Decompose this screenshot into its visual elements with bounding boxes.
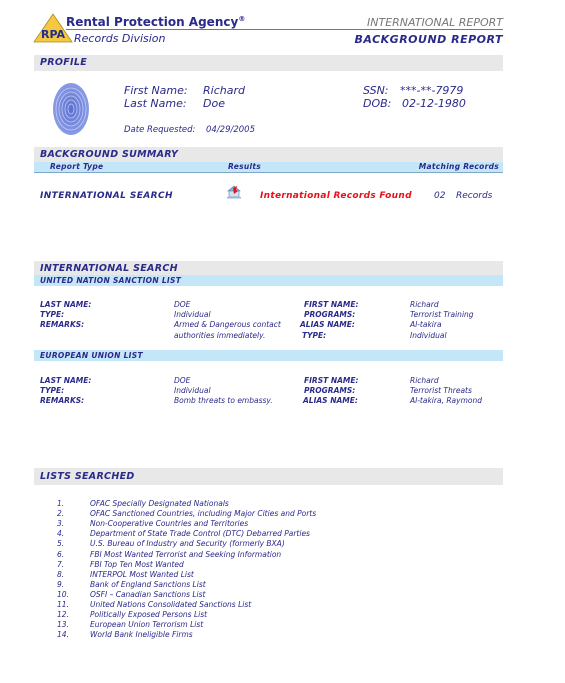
profile-section-header: PROFILE — [34, 55, 503, 71]
list-item: INTERPOL Most Wanted List — [90, 570, 194, 579]
dob-label: DOB: — [363, 97, 391, 110]
eu-list-header: EUROPEAN UNION LIST — [34, 350, 503, 361]
summary-column-header: Report Type Results Matching Records — [34, 162, 503, 173]
list-item-number: 13. — [57, 620, 69, 629]
profile-title: PROFILE — [40, 57, 87, 68]
date-requested-label: Date Requested: — [124, 125, 195, 135]
eu-alias-label: ALIAS NAME: — [303, 396, 358, 405]
col-report-type: Report Type — [50, 162, 103, 171]
list-item: United Nations Consolidated Sanctions Li… — [90, 600, 251, 609]
list-item-number: 9. — [57, 580, 64, 589]
un-first-name-value: Richard — [410, 300, 439, 309]
eu-type-label: TYPE: — [40, 386, 64, 395]
alert-house-icon — [226, 185, 242, 199]
division-name: Records Division — [74, 32, 166, 45]
summary-title: BACKGROUND SUMMARY — [40, 149, 178, 160]
list-item-number: 6. — [57, 550, 64, 559]
agency-name: Rental Protection Agency® — [66, 15, 245, 29]
date-requested-value: 04/29/2005 — [206, 125, 255, 135]
list-item-number: 8. — [57, 570, 64, 579]
un-programs-value: Terrorist Training — [410, 310, 474, 319]
international-title: INTERNATIONAL SEARCH — [40, 263, 178, 274]
summary-report-type[interactable]: INTERNATIONAL SEARCH — [40, 191, 173, 201]
list-item-number: 5. — [57, 539, 64, 548]
header-rule — [66, 29, 503, 30]
last-name-value: Doe — [203, 97, 225, 110]
list-item: Department of State Trade Control (DTC) … — [90, 529, 310, 538]
eu-remarks-value: Bomb threats to embassy. — [174, 396, 273, 405]
summary-count: 02 — [434, 191, 445, 201]
un-type-value: Individual — [174, 310, 211, 319]
list-item: Politically Exposed Persons List — [90, 610, 207, 619]
list-item: FBI Most Wanted Terrorist and Seeking In… — [90, 550, 281, 559]
un-programs-label: PROGRAMS: — [304, 310, 355, 319]
ssn-label: SSN: — [363, 84, 389, 97]
un-remarks-line1: Armed & Dangerous contact — [174, 320, 281, 329]
list-item-number: 3. — [57, 519, 64, 528]
eu-first-name-value: Richard — [410, 376, 439, 385]
list-item-number: 12. — [57, 610, 69, 619]
eu-type-value: Individual — [174, 386, 211, 395]
first-name-label: First Name: — [124, 84, 188, 97]
fingerprint-icon — [51, 82, 91, 137]
eu-list-title: EUROPEAN UNION LIST — [40, 351, 143, 360]
summary-section-header: BACKGROUND SUMMARY — [34, 147, 503, 162]
list-item: Bank of England Sanctions List — [90, 580, 206, 589]
list-item-number: 2. — [57, 509, 64, 518]
un-list-header: UNITED NATION SANCTION LIST — [34, 275, 503, 286]
un-alias-label: ALIAS NAME: — [300, 320, 355, 329]
ssn-value: ***-**-7979 — [400, 84, 463, 97]
list-item: OFAC Sanctioned Countries, including Maj… — [90, 509, 316, 518]
col-results: Results — [228, 162, 261, 171]
un-first-name-label: FIRST NAME: — [304, 300, 359, 309]
list-item: FBI Top Ten Most Wanted — [90, 560, 184, 569]
eu-remarks-label: REMARKS: — [40, 396, 84, 405]
dob-value: 02-12-1980 — [402, 97, 466, 110]
first-name-value: Richard — [203, 84, 245, 97]
un-alias-value: Al-takira — [410, 320, 442, 329]
report-title: BACKGROUND REPORT — [355, 33, 503, 46]
un-type-label: TYPE: — [40, 310, 64, 319]
list-item-number: 10. — [57, 590, 69, 599]
un-last-name-label: LAST NAME: — [40, 300, 91, 309]
list-item: European Union Terrorism List — [90, 620, 203, 629]
last-name-label: Last Name: — [124, 97, 187, 110]
eu-programs-value: Terrorist Threats — [410, 386, 472, 395]
eu-alias-value: Al-takira, Raymond — [410, 396, 482, 405]
un-remarks-label: REMARKS: — [40, 320, 84, 329]
list-item-number: 14. — [57, 630, 69, 639]
un-remarks-line2: authorities immediately. — [174, 331, 265, 340]
list-item: U.S. Bureau of Industry and Security (fo… — [90, 539, 285, 548]
eu-first-name-label: FIRST NAME: — [304, 376, 359, 385]
report-category: INTERNATIONAL REPORT — [367, 16, 503, 29]
summary-count-unit: Records — [456, 191, 492, 201]
summary-result: International Records Found — [260, 191, 412, 201]
list-item-number: 11. — [57, 600, 69, 609]
un-type2-value: Individual — [410, 331, 447, 340]
eu-last-name-label: LAST NAME: — [40, 376, 91, 385]
lists-searched-header: LISTS SEARCHED — [34, 468, 503, 485]
list-item: OFAC Specially Designated Nationals — [90, 499, 229, 508]
eu-programs-label: PROGRAMS: — [304, 386, 355, 395]
col-matching-records: Matching Records — [419, 162, 499, 171]
eu-last-name-value: DOE — [174, 376, 190, 385]
list-item: World Bank Ineligible Firms — [90, 630, 193, 639]
un-list-title: UNITED NATION SANCTION LIST — [40, 276, 181, 285]
lists-searched-title: LISTS SEARCHED — [40, 471, 135, 482]
un-type2-label: TYPE: — [302, 331, 326, 340]
list-item: Non-Cooperative Countries and Territorie… — [90, 519, 248, 528]
list-item-number: 4. — [57, 529, 64, 538]
list-item-number: 7. — [57, 560, 64, 569]
svg-text:RPA: RPA — [41, 28, 66, 41]
list-item: OSFI – Canadian Sanctions List — [90, 590, 205, 599]
un-last-name-value: DOE — [174, 300, 190, 309]
international-section-header: INTERNATIONAL SEARCH — [34, 261, 503, 275]
list-item-number: 1. — [57, 499, 64, 508]
